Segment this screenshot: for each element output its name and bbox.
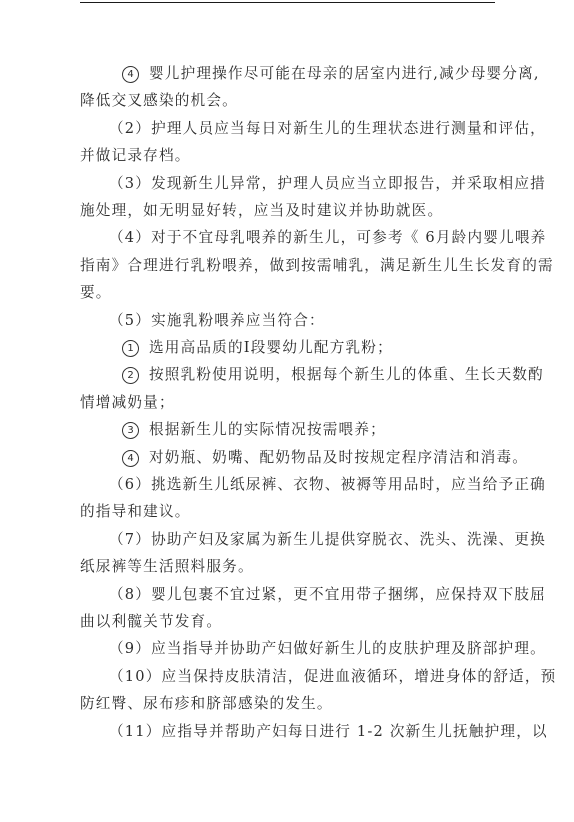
- line-text: （9）应当指导并协助产妇做好新生儿的皮肤护理及脐部护理。: [109, 640, 546, 657]
- paragraph-line: （9）应当指导并协助产妇做好新生儿的皮肤护理及脐部护理。: [109, 635, 546, 662]
- line-text: 并做记录存档。: [80, 147, 191, 164]
- line-text: 按照乳粉使用说明，根据每个新生儿的体重、生长天数酌: [149, 366, 544, 383]
- paragraph-line: 降低交叉感染的机会。: [80, 87, 238, 114]
- line-text: 婴儿护理操作尽可能在母亲的居室内进行,减少母婴分离,: [149, 65, 540, 82]
- paragraph-line: （11）应指导并帮助产妇每日进行 1-2 次新生儿抚触护理，以: [109, 718, 548, 745]
- list-item-line: 2按照乳粉使用说明，根据每个新生儿的体重、生长天数酌: [122, 361, 544, 388]
- paragraph-line: 指南》合理进行乳粉喂养，做到按需哺乳，满足新生儿生长发育的需: [80, 252, 554, 279]
- paragraph-line: 施处理，如无明显好转，应当及时建议并协助就医。: [80, 197, 443, 224]
- line-text: 曲以利髋关节发育。: [80, 613, 222, 630]
- paragraph-line: （10）应当保持皮肤清洁，促进血液循环，增进身体的舒适，预: [109, 663, 556, 690]
- paragraph-line: （8）婴儿包裹不宜过紧，更不宜用带子捆绑，应保持双下肢屈: [109, 581, 546, 608]
- paragraph-line: 的指导和建议。: [80, 498, 191, 525]
- circled-number-marker: 2: [122, 367, 139, 384]
- paragraph-line: （4）对于不宜母乳喂养的新生儿，可参考《 6月龄内婴儿喂养: [109, 224, 546, 251]
- circled-number-marker: 1: [122, 340, 139, 357]
- circled-number-marker: 3: [122, 422, 139, 439]
- line-text: 选用高品质的Ⅰ段婴幼儿配方乳粉；: [149, 339, 393, 356]
- paragraph-line: 防红臀、尿布疹和脐部感染的发生。: [80, 690, 333, 717]
- paragraph-line: 曲以利髋关节发育。: [80, 608, 222, 635]
- line-text: （6）挑选新生儿纸尿裤、衣物、被褥等用品时，应当给予正确: [109, 476, 546, 493]
- line-text: （8）婴儿包裹不宜过紧，更不宜用带子捆绑，应保持双下肢屈: [109, 586, 546, 603]
- paragraph-line: 并做记录存档。: [80, 142, 191, 169]
- line-text: 指南》合理进行乳粉喂养，做到按需哺乳，满足新生儿生长发育的需: [80, 257, 554, 274]
- paragraph-line: （2）护理人员应当每日对新生儿的生理状态进行测量和评估，: [109, 115, 546, 142]
- line-text: 要。: [80, 284, 112, 301]
- line-text: 的指导和建议。: [80, 503, 191, 520]
- line-text: （2）护理人员应当每日对新生儿的生理状态进行测量和评估，: [109, 120, 546, 137]
- line-text: （10）应当保持皮肤清洁，促进血液循环，增进身体的舒适，预: [109, 668, 556, 685]
- header-rule: [80, 2, 495, 3]
- paragraph-line: 情增减奶量；: [80, 389, 175, 416]
- paragraph-line: （5）实施乳粉喂养应当符合：: [109, 307, 325, 334]
- line-text: （11）应指导并帮助产妇每日进行 1-2 次新生儿抚触护理，以: [109, 723, 548, 740]
- line-text: 情增减奶量；: [80, 394, 175, 411]
- paragraph-line: （7）协助产妇及家属为新生儿提供穿脱衣、洗头、洗澡、更换: [109, 526, 546, 553]
- list-item-line: 4婴儿护理操作尽可能在母亲的居室内进行,减少母婴分离,: [122, 60, 540, 87]
- circled-number-marker: 4: [122, 66, 139, 83]
- line-text: 降低交叉感染的机会。: [80, 92, 238, 109]
- paragraph-line: 要。: [80, 279, 112, 306]
- paragraph-line: （6）挑选新生儿纸尿裤、衣物、被褥等用品时，应当给予正确: [109, 471, 546, 498]
- paragraph-line: （3）发现新生儿异常，护理人员应当立即报告，并采取相应措: [109, 170, 546, 197]
- line-text: 施处理，如无明显好转，应当及时建议并协助就医。: [80, 202, 443, 219]
- line-text: 根据新生儿的实际情况按需喂养；: [149, 421, 386, 438]
- line-text: （7）协助产妇及家属为新生儿提供穿脱衣、洗头、洗澡、更换: [109, 531, 546, 548]
- line-text: （4）对于不宜母乳喂养的新生儿，可参考《 6月龄内婴儿喂养: [109, 229, 546, 246]
- line-text: 防红臀、尿布疹和脐部感染的发生。: [80, 695, 333, 712]
- list-item-line: 3根据新生儿的实际情况按需喂养；: [122, 416, 386, 443]
- list-item-line: 4对奶瓶、奶嘴、配奶物品及时按规定程序清洁和消毒。: [122, 444, 528, 471]
- line-text: 纸尿裤等生活照料服务。: [80, 558, 254, 575]
- line-text: （5）实施乳粉喂养应当符合：: [109, 312, 325, 329]
- circled-number-marker: 4: [122, 450, 139, 467]
- paragraph-line: 纸尿裤等生活照料服务。: [80, 553, 254, 580]
- list-item-line: 1选用高品质的Ⅰ段婴幼儿配方乳粉；: [122, 334, 393, 361]
- line-text: （3）发现新生儿异常，护理人员应当立即报告，并采取相应措: [109, 175, 546, 192]
- line-text: 对奶瓶、奶嘴、配奶物品及时按规定程序清洁和消毒。: [149, 449, 528, 466]
